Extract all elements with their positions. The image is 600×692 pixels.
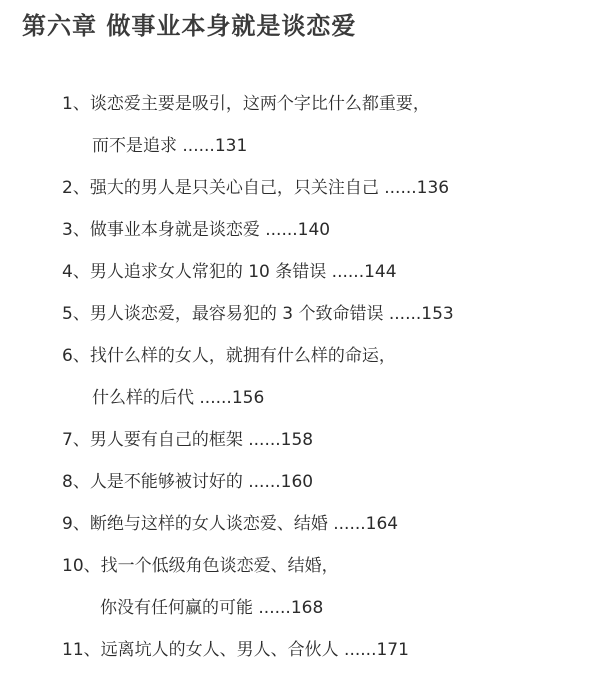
toc-item-1[interactable]: 1、谈恋爱主要是吸引，这两个字比什么都重要， <box>62 93 430 115</box>
toc-item-text: 找一个低级角色谈恋爱、结婚， <box>101 556 339 576</box>
toc-item-text-continued: 你没有任何赢的可能 ......168 <box>100 598 323 618</box>
toc-item-text: 人是不能够被讨好的 ......160 <box>90 472 313 492</box>
toc-item-10[interactable]: 10、找一个低级角色谈恋爱、结婚， <box>62 555 339 577</box>
toc-item-number: 10、 <box>62 556 101 576</box>
toc-item-2[interactable]: 2、强大的男人是只关心自己，只关注自己 ......136 <box>62 177 449 199</box>
toc-item-number: 1、 <box>62 94 90 114</box>
toc-item-number: 6、 <box>62 346 90 366</box>
toc-item-8[interactable]: 8、人是不能够被讨好的 ......160 <box>62 471 313 493</box>
toc-item-number: 4、 <box>62 262 90 282</box>
toc-item-text: 强大的男人是只关心自己，只关注自己 ......136 <box>90 178 449 198</box>
toc-item-7[interactable]: 7、男人要有自己的框架 ......158 <box>62 429 313 451</box>
toc-item-text-continued: 什么样的后代 ......156 <box>92 388 264 408</box>
toc-item-number: 7、 <box>62 430 90 450</box>
toc-item-text: 找什么样的女人，就拥有什么样的命运， <box>90 346 396 366</box>
toc-item-11[interactable]: 11、远离坑人的女人、男人、合伙人 ......171 <box>62 639 409 661</box>
toc-item-text-continued: 而不是追求 ......131 <box>92 136 247 156</box>
toc-item-6-cont[interactable]: 什么样的后代 ......156 <box>92 387 264 409</box>
toc-item-text: 男人要有自己的框架 ......158 <box>90 430 313 450</box>
chapter-title: 第六章 做事业本身就是谈恋爱 <box>22 6 356 41</box>
toc-item-text: 男人谈恋爱，最容易犯的 3 个致命错误 ......153 <box>90 304 454 324</box>
toc-item-number: 9、 <box>62 514 90 534</box>
toc-item-3[interactable]: 3、做事业本身就是谈恋爱 ......140 <box>62 219 330 241</box>
toc-item-5[interactable]: 5、男人谈恋爱，最容易犯的 3 个致命错误 ......153 <box>62 303 454 325</box>
toc-item-text: 远离坑人的女人、男人、合伙人 ......171 <box>101 640 409 660</box>
toc-item-1-cont[interactable]: 而不是追求 ......131 <box>92 135 247 157</box>
toc-item-10-cont[interactable]: 你没有任何赢的可能 ......168 <box>100 597 323 619</box>
toc-item-6[interactable]: 6、找什么样的女人，就拥有什么样的命运， <box>62 345 396 367</box>
toc-item-text: 男人追求女人常犯的 10 条错误 ......144 <box>90 262 397 282</box>
toc-item-number: 11、 <box>62 640 101 660</box>
toc-item-number: 2、 <box>62 178 90 198</box>
toc-item-text: 做事业本身就是谈恋爱 ......140 <box>90 220 330 240</box>
toc-item-text: 断绝与这样的女人谈恋爱、结婚 ......164 <box>90 514 398 534</box>
toc-item-number: 3、 <box>62 220 90 240</box>
toc-item-number: 5、 <box>62 304 90 324</box>
toc-item-number: 8、 <box>62 472 90 492</box>
toc-item-9[interactable]: 9、断绝与这样的女人谈恋爱、结婚 ......164 <box>62 513 398 535</box>
toc-item-4[interactable]: 4、男人追求女人常犯的 10 条错误 ......144 <box>62 261 397 283</box>
toc-item-text: 谈恋爱主要是吸引，这两个字比什么都重要， <box>90 94 430 114</box>
